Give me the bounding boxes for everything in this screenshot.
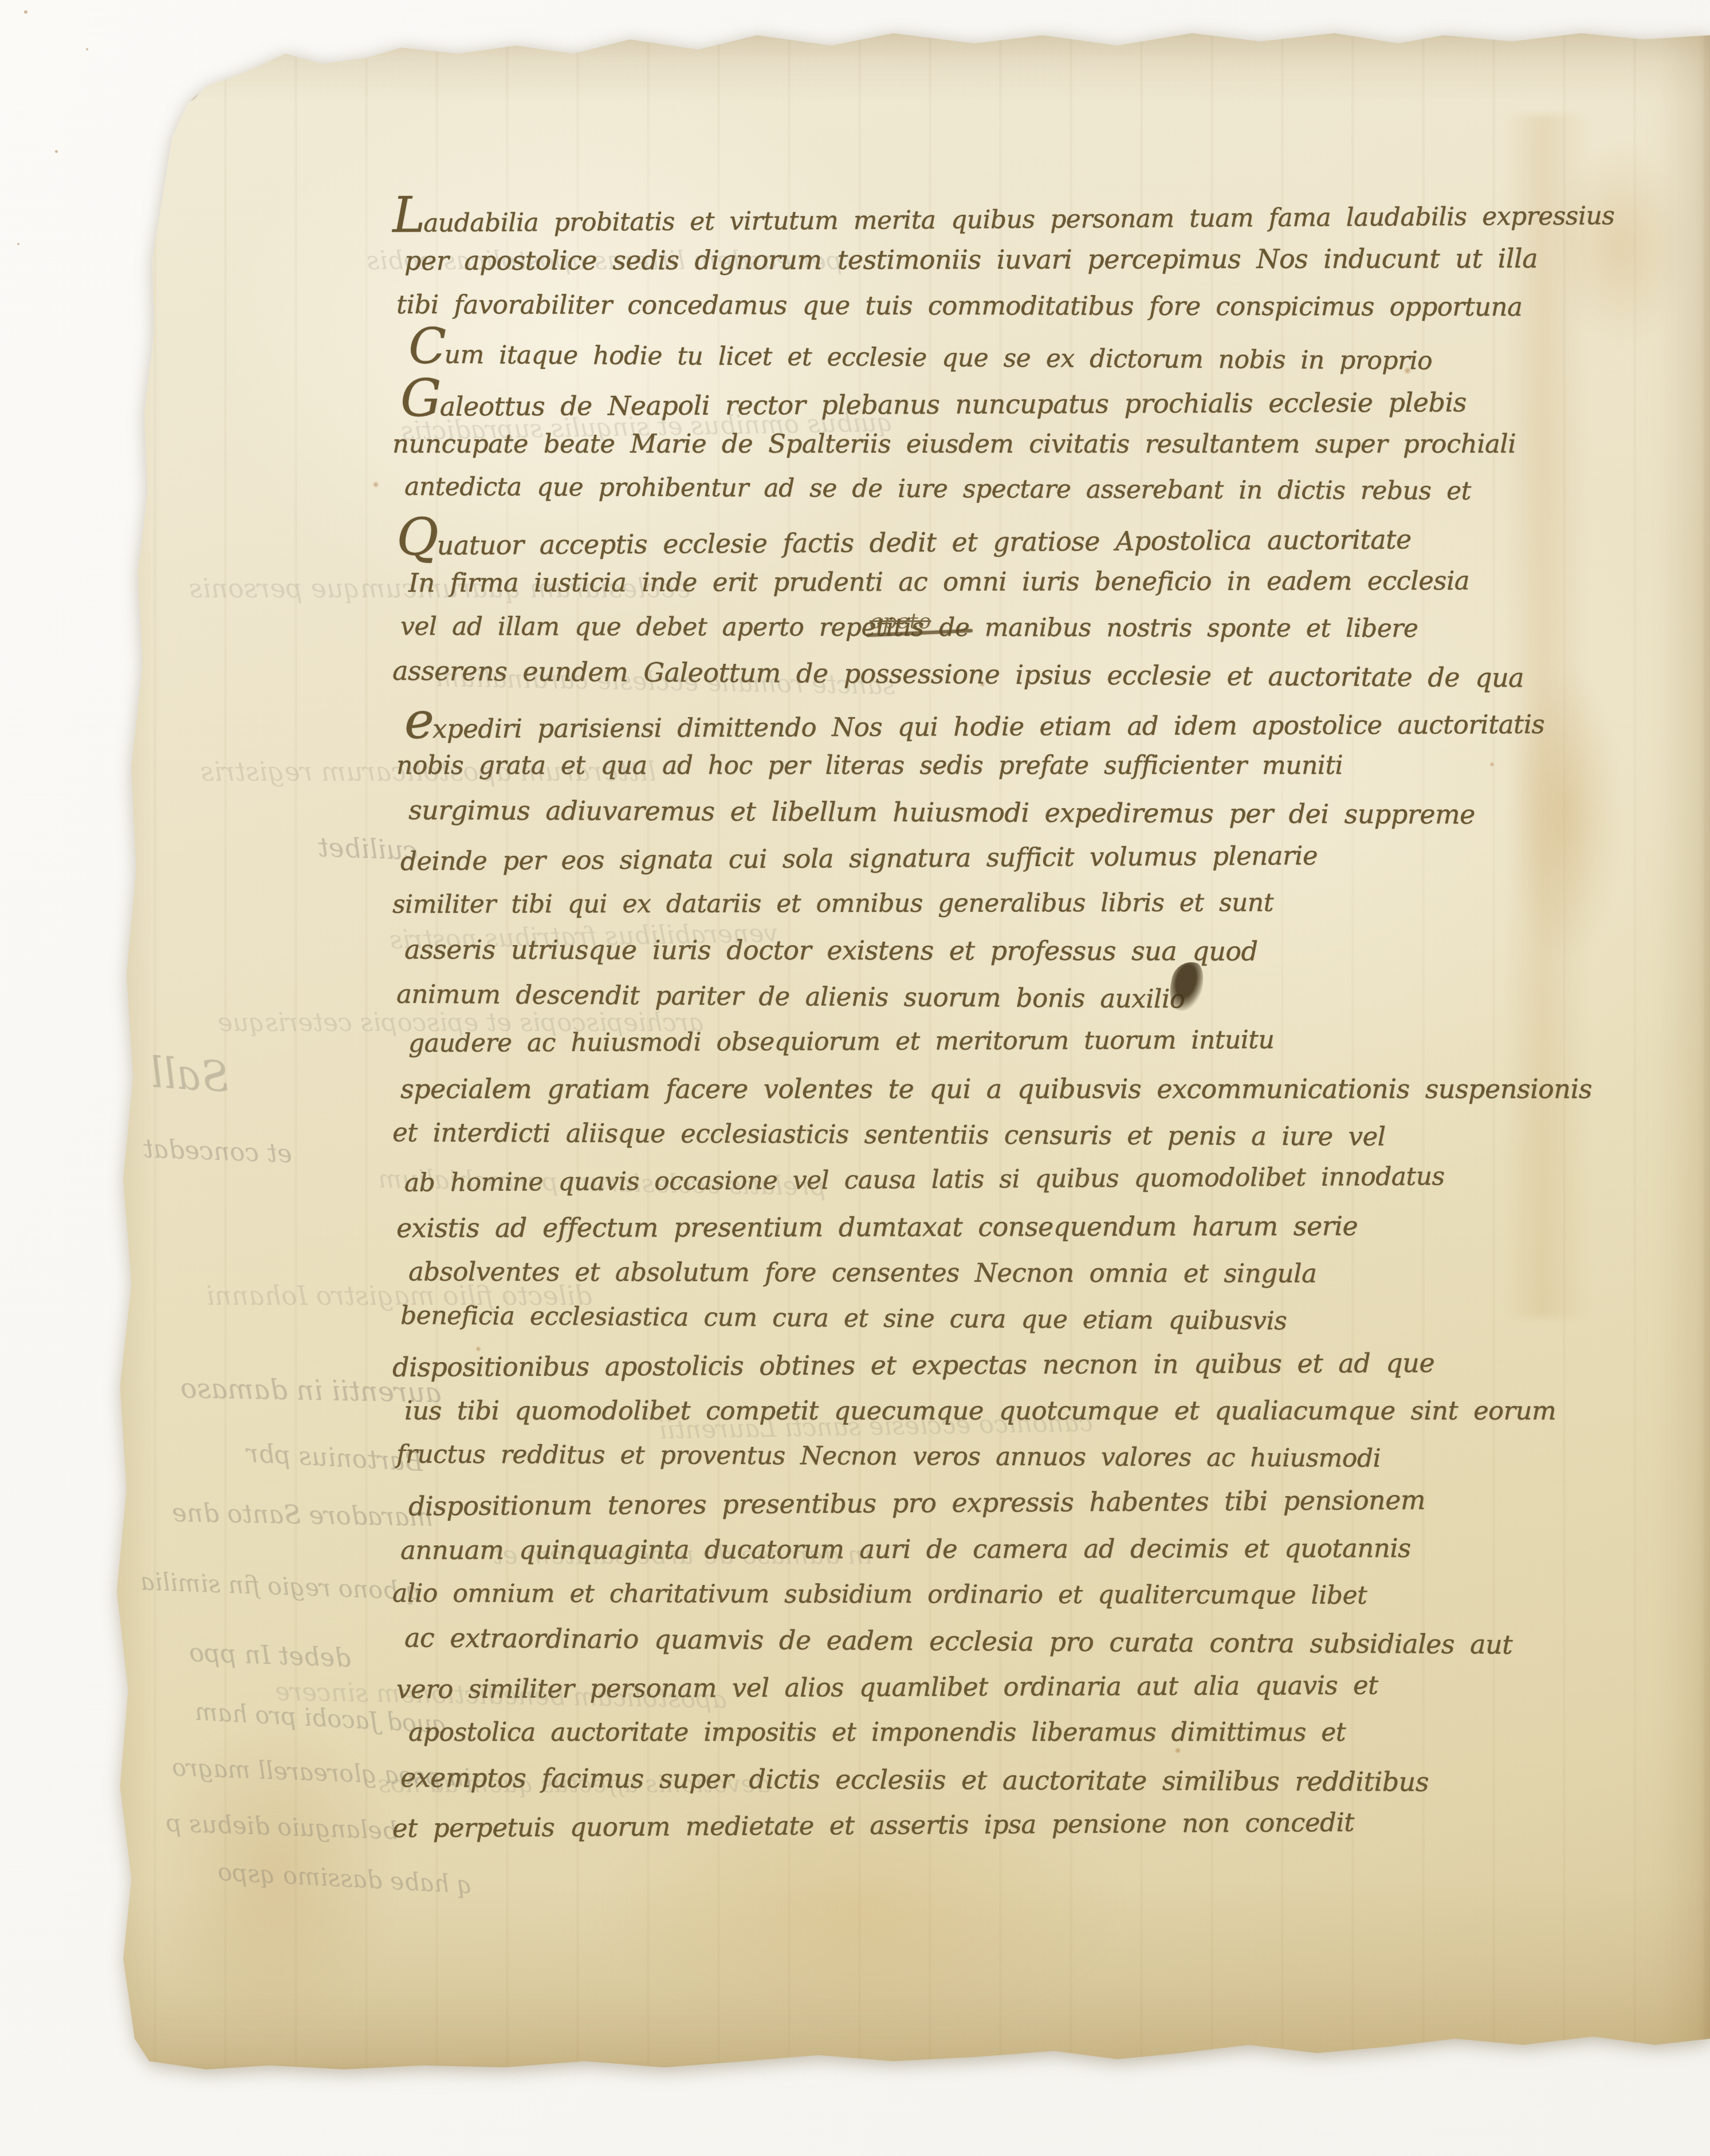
manuscript-line: Laudabilia probitatis et virtutum merita… xyxy=(392,194,1615,238)
manuscript-line: tibi favorabiliter concedamus que tuis c… xyxy=(396,289,1522,322)
manuscript-line: existis ad effectum presentium dumtaxat … xyxy=(396,1210,1358,1244)
ghost-margin-note: et concedat xyxy=(143,1134,293,1169)
manuscript-line: gaudere ac huiusmodi obsequiorum et meri… xyxy=(408,1025,1275,1058)
scanned-manuscript-page: { "manuscript": { "page_mark": "1", "str… xyxy=(0,0,1710,2156)
manuscript-line: Quatuor acceptis ecclesie factis dedit e… xyxy=(396,517,1412,561)
manuscript-line: apostolica auctoritate impositis et impo… xyxy=(408,1718,1346,1747)
manuscript-line: beneficia ecclesiastica cum cura et sine… xyxy=(400,1301,1287,1336)
page-number-mark-ghost: b xyxy=(176,63,202,110)
manuscript-line: per apostolice sedis dignorum testimonii… xyxy=(404,243,1538,276)
manuscript-line: In firma iusticia inde erit prudenti ac … xyxy=(408,565,1469,598)
manuscript-line: expediri parisiensi dimittendo Nos qui h… xyxy=(404,702,1544,744)
manuscript-sheet: per easdem litteras apostolicas nobisqui… xyxy=(0,0,1710,2156)
manuscript-line: ius tibi quomodolibet competit quecumque… xyxy=(404,1395,1556,1426)
ghost-margin-note: belanguio diebus p xyxy=(166,1809,398,1845)
manuscript-line: Cum itaque hodie tu licet et ecclesie qu… xyxy=(408,333,1433,376)
manuscript-line: similiter tibi qui ex datariis et omnibu… xyxy=(392,888,1273,919)
struck-through-word: apeto xyxy=(870,608,931,634)
manuscript-lines: Laudabilia probitatis et virtutum merita… xyxy=(398,198,1607,1894)
manuscript-line: vero similiter personam vel alios quamli… xyxy=(396,1670,1378,1704)
ghost-margin-note: Sall xyxy=(148,1048,231,1101)
manuscript-line: Galeottus de Neapoli rector plebanus nun… xyxy=(400,380,1467,422)
manuscript-line: nuncupate beate Marie de Spalteriis eius… xyxy=(392,428,1516,459)
manuscript-line: deinde per eos signata cui sola signatur… xyxy=(400,840,1318,876)
paper-surface: per easdem litteras apostolicas nobisqui… xyxy=(86,23,1710,2074)
manuscript-line: alio omnium et charitativum subsidium or… xyxy=(392,1579,1367,1610)
manuscript-line: ac extraordinario quamvis de eadem eccle… xyxy=(404,1622,1513,1660)
manuscript-line: annuam quinquaginta ducatorum auri de ca… xyxy=(400,1533,1411,1565)
manuscript-line: et interdicti aliisque ecclesiasticis se… xyxy=(392,1117,1386,1151)
manuscript-line: absolventes et absolutum fore censentes … xyxy=(408,1257,1316,1289)
manuscript-line: asserens eundem Galeottum de possessione… xyxy=(392,655,1524,693)
manuscript-line: fructus redditus et proventus Necnon ver… xyxy=(396,1439,1381,1473)
ghost-margin-note: q bono regio fin similia xyxy=(140,1567,422,1605)
manuscript-line: specialem gratiam facere volentes te qui… xyxy=(400,1073,1592,1104)
page-number-mark: 1 xyxy=(138,54,177,115)
manuscript-line: dispositionibus apostolicis obtines et e… xyxy=(392,1347,1434,1383)
manuscript-line: et perpetuis quorum medietate et asserti… xyxy=(392,1807,1354,1844)
manuscript-line: nobis grata et qua ad hoc per literas se… xyxy=(396,751,1343,780)
manuscript-line: surgimus adiuvaremus et libellum huiusmo… xyxy=(408,794,1475,830)
manuscript-line: animum descendit pariter de alienis suor… xyxy=(396,978,1185,1014)
ghost-margin-note: debet In ppo xyxy=(188,1638,351,1673)
ghost-margin-note: maradore Santo dne xyxy=(172,1498,434,1532)
manuscript-line: exemptos facimus super dictis ecclesiis … xyxy=(400,1762,1429,1797)
manuscript-line: antedicta que prohibentur ad se de iure … xyxy=(404,472,1471,506)
manuscript-line: dispositionum tenores presentibus pro ex… xyxy=(408,1485,1425,1522)
manuscript-line: ab homine quavis occasione vel causa lat… xyxy=(404,1162,1445,1198)
manuscript-line: asseris utriusque iuris doctor existens … xyxy=(404,934,1258,967)
